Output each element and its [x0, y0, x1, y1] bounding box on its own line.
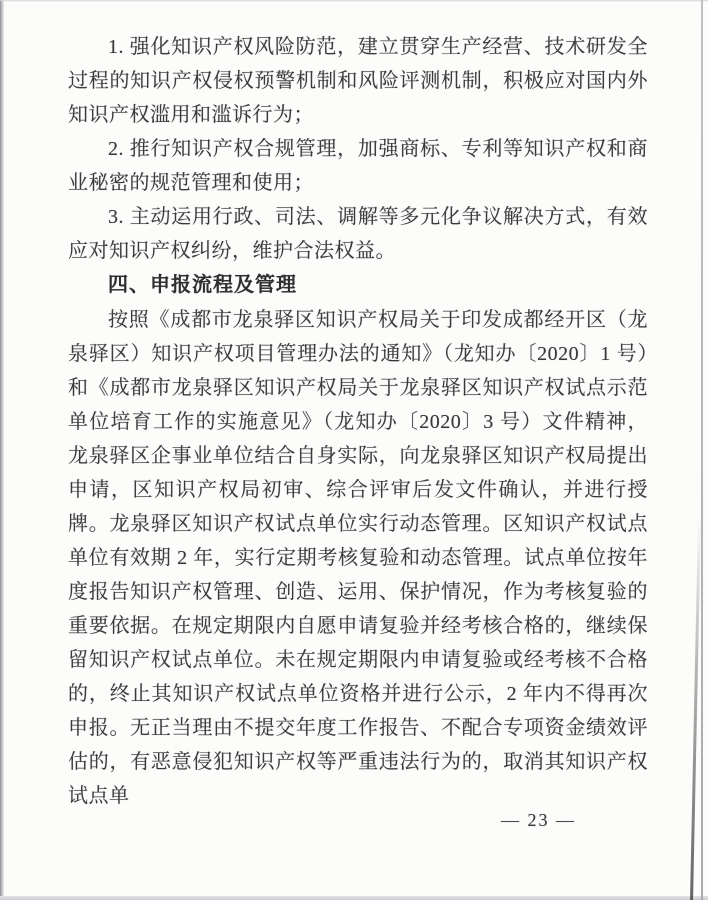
scan-fold-shadow: [690, 516, 701, 900]
numbered-item-3: 3. 主动运用行政、司法、调解等多元化争议解决方式，有效应对知识产权纠纷，维护合…: [68, 200, 648, 268]
scan-line-right: [701, 0, 703, 900]
scanned-document-page: 1. 强化知识产权风险防范，建立贯穿生产经营、技术研发全过程的知识产权侵权预警机…: [0, 0, 708, 900]
numbered-item-1: 1. 强化知识产权风险防范，建立贯穿生产经营、技术研发全过程的知识产权侵权预警机…: [68, 30, 648, 132]
document-body: 1. 强化知识产权风险防范，建立贯穿生产经营、技术研发全过程的知识产权侵权预警机…: [68, 30, 648, 813]
section-heading: 四、申报流程及管理: [68, 268, 648, 303]
numbered-item-2: 2. 推行知识产权合规管理，加强商标、专利等知识产权和商业秘密的规范管理和使用；: [68, 132, 648, 200]
page-number: — 23 —: [501, 810, 576, 831]
scan-edge-left: [0, 0, 4, 900]
scan-edge-top: [0, 0, 708, 2]
scan-edge-bottom: [0, 896, 708, 900]
application-process-paragraph: 按照《成都市龙泉驿区知识产权局关于印发成都经开区（龙泉驿区）知识产权项目管理办法…: [68, 303, 648, 813]
